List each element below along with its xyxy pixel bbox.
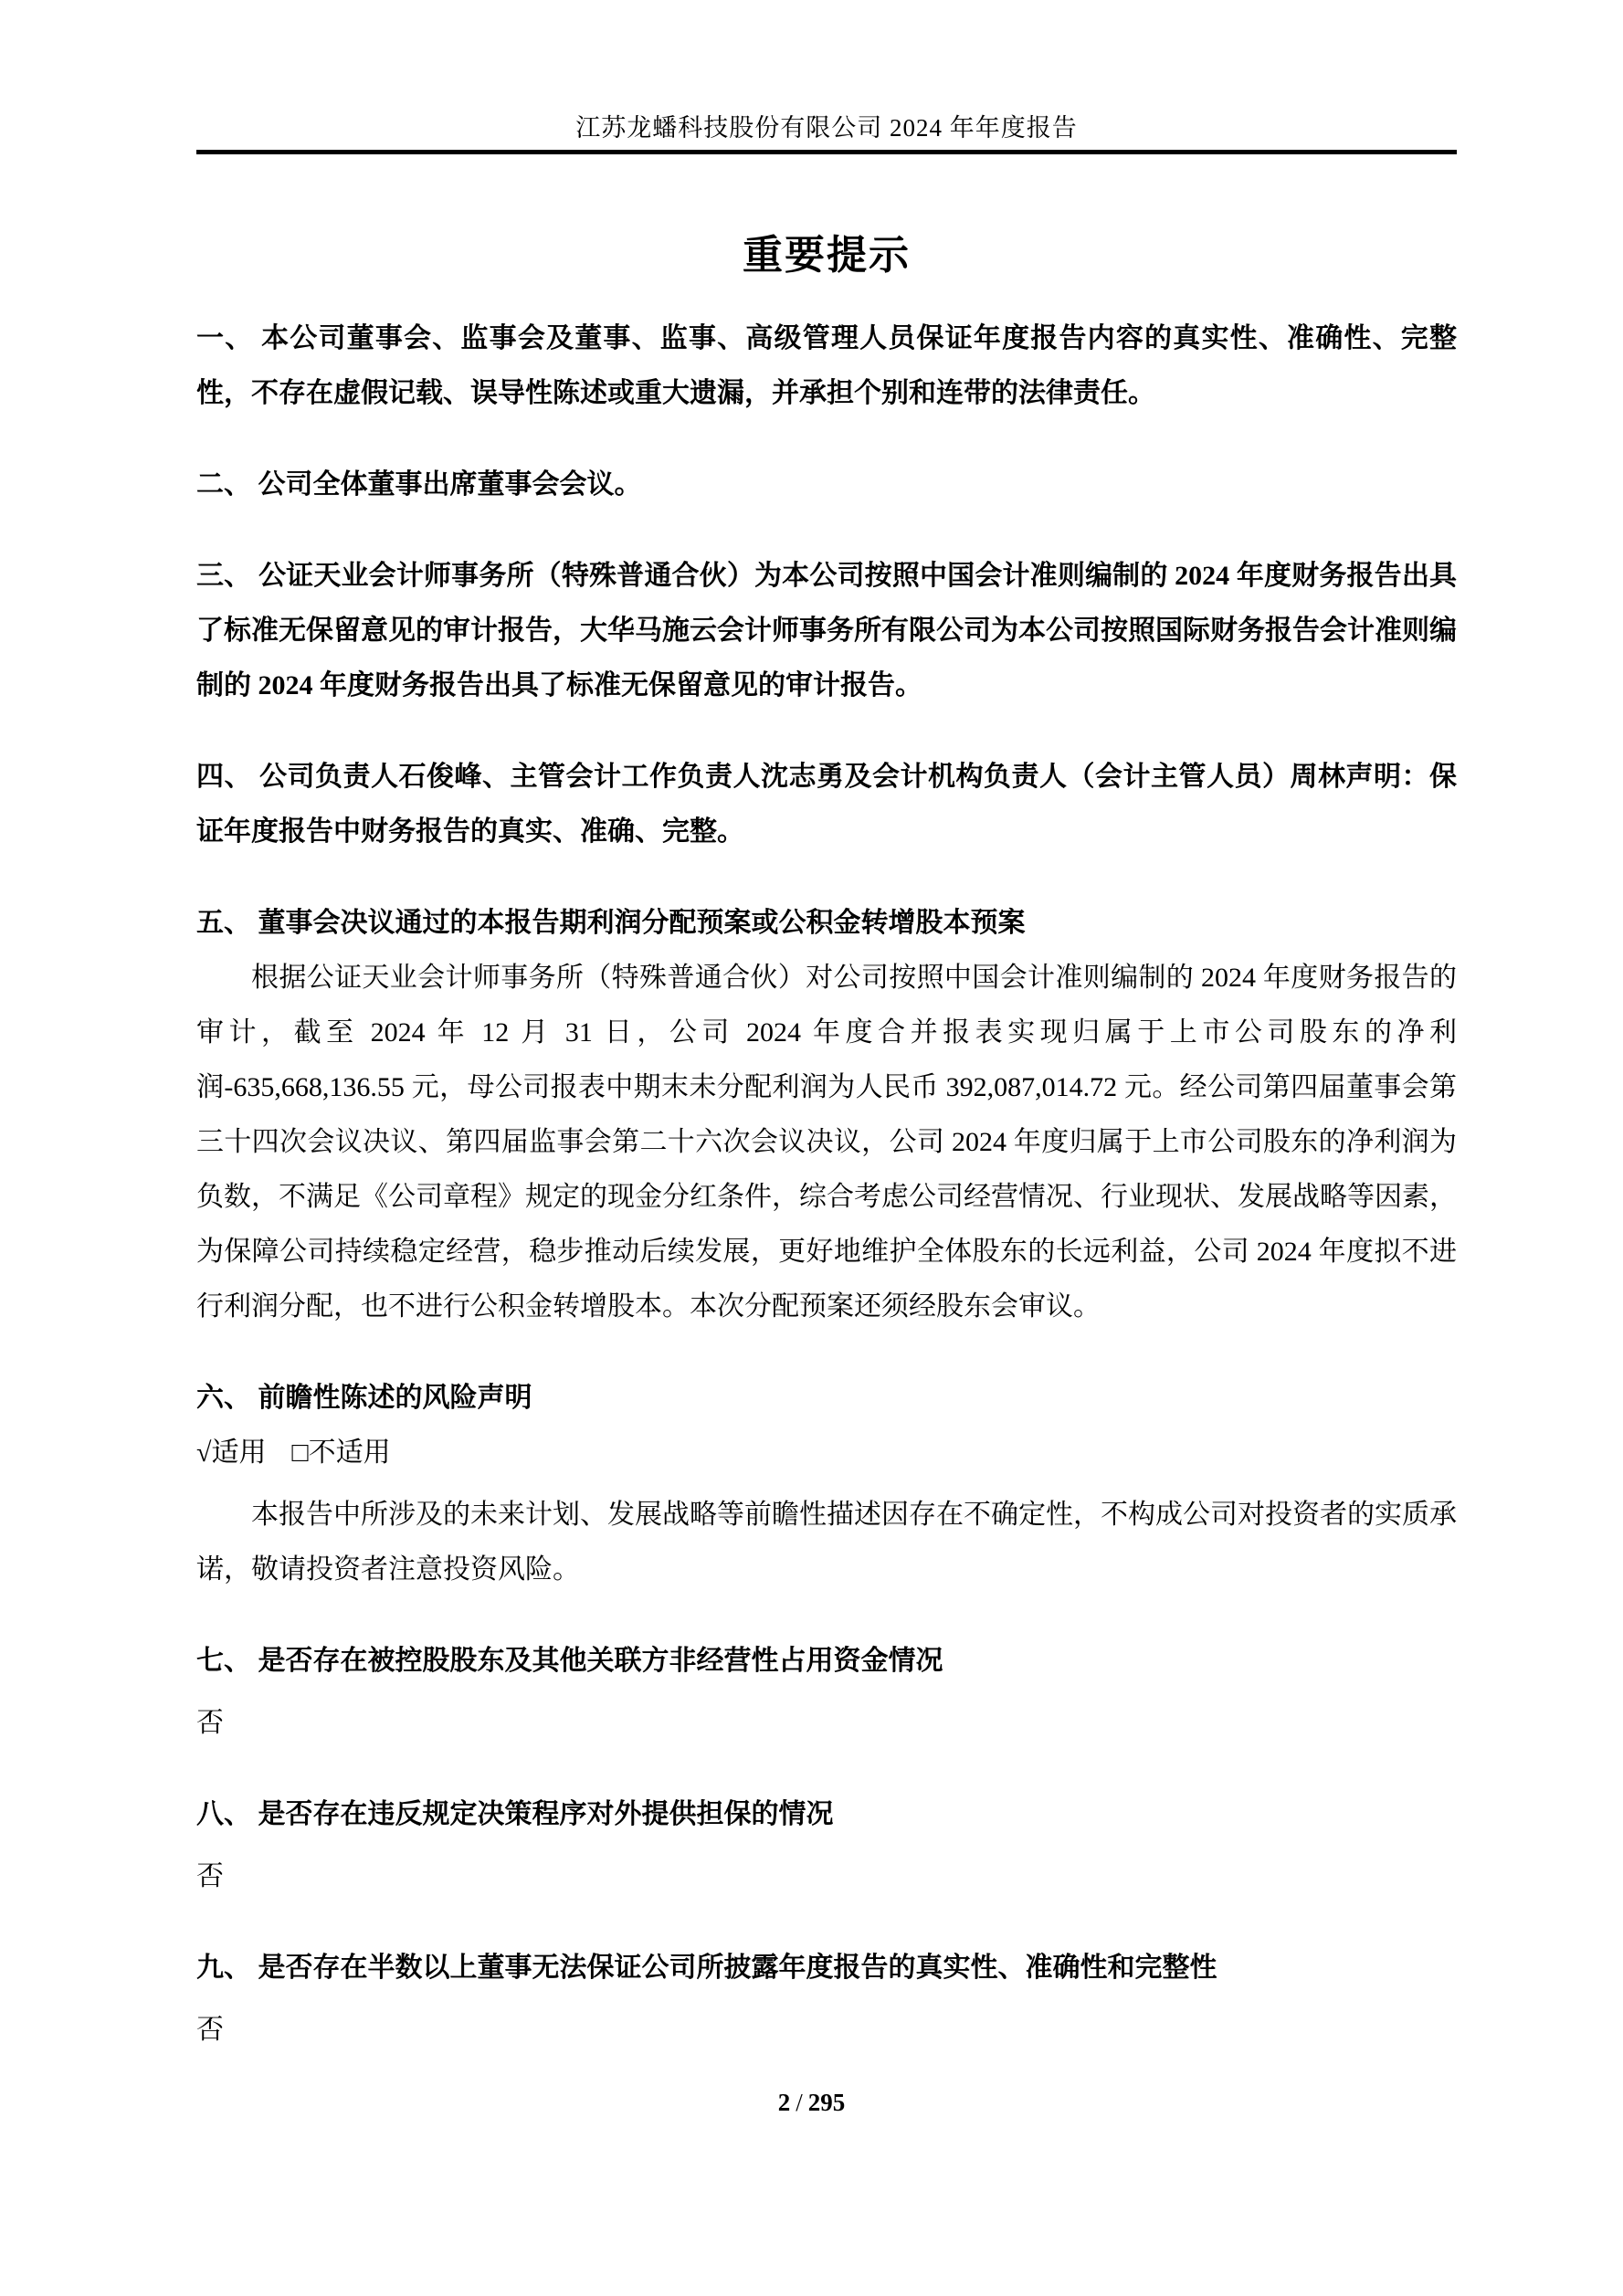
section-6-heading: 六、 前瞻性陈述的风险声明 [196,1371,1457,1426]
page-header-text: 江苏龙蟠科技股份有限公司 2024 年年度报告 [575,114,1078,142]
not-applicable-option: □不适用 [291,1438,390,1468]
section-9-answer: 否 [196,2003,1457,2058]
page-header: 江苏龙蟠科技股份有限公司 2024 年年度报告 [196,0,1457,142]
section-9-heading: 九、 是否存在半数以上董事无法保证公司所披露年度报告的真实性、准确性和完整性 [196,1941,1457,1996]
section-7-heading: 七、 是否存在被控股股东及其他关联方非经营性占用资金情况 [196,1634,1457,1689]
applicability-line: √适用□不适用 [196,1426,1457,1480]
section-7-answer: 否 [196,1696,1457,1751]
section-1-paragraph: 一、 本公司董事会、监事会及董事、监事、高级管理人员保证年度报告内容的真实性、准… [196,311,1457,421]
section-8-heading: 八、 是否存在违反规定决策程序对外提供担保的情况 [196,1787,1457,1842]
section-5-body: 根据公证天业会计师事务所（特殊普通合伙）对公司按照中国会计准则编制的 2024 … [196,951,1457,1334]
page-content: 江苏龙蟠科技股份有限公司 2024 年年度报告 重要提示 一、 本公司董事会、监… [0,0,1623,2058]
header-rule [196,150,1457,154]
page-number-separator: / [796,2089,803,2116]
page-title: 重要提示 [196,233,1457,279]
page-number-current: 2 [778,2089,791,2116]
section-5-heading: 五、 董事会决议通过的本报告期利润分配预案或公积金转增股本预案 [196,896,1457,951]
page-number-total: 295 [808,2089,846,2116]
section-2-paragraph: 二、 公司全体董事出席董事会会议。 [196,458,1457,512]
applicable-option: √适用 [196,1438,266,1468]
report-page: 江苏龙蟠科技股份有限公司 2024 年年度报告 重要提示 一、 本公司董事会、监… [0,0,1623,2296]
section-6-body: 本报告中所涉及的未来计划、发展战略等前瞻性描述因存在不确定性，不构成公司对投资者… [196,1488,1457,1597]
page-footer: 2/295 [0,2088,1623,2117]
section-3-paragraph: 三、 公证天业会计师事务所（特殊普通合伙）为本公司按照中国会计准则编制的 202… [196,549,1457,713]
section-8-answer: 否 [196,1849,1457,1904]
section-4-paragraph: 四、 公司负责人石俊峰、主管会计工作负责人沈志勇及会计机构负责人（会计主管人员）… [196,750,1457,859]
